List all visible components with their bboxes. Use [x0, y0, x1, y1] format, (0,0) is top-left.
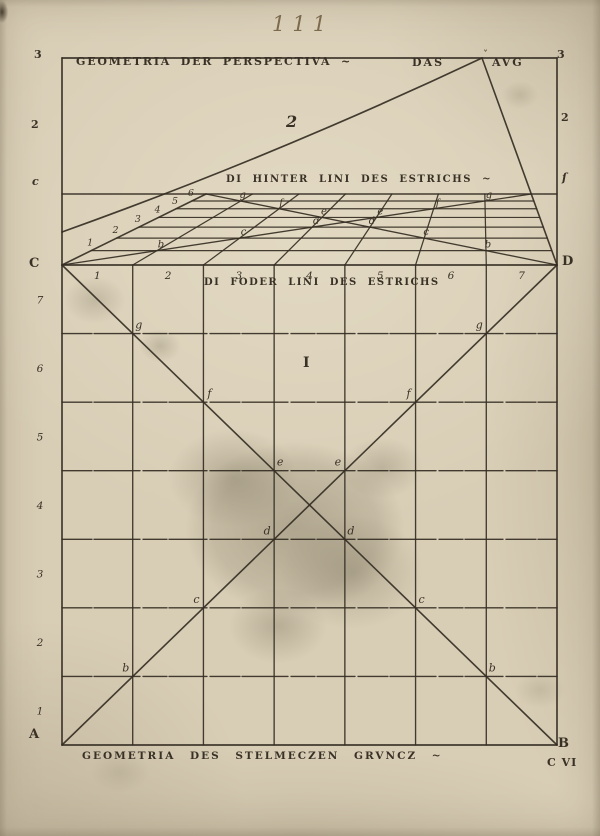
signature-mark: C VI [547, 757, 577, 768]
column-number: 6 [448, 270, 455, 282]
pavement-diagonal-letter: e [321, 206, 327, 217]
square-diagonal-letter-left: d [347, 524, 354, 537]
ground-plan-caption: GEOMETRIA DES STELMECZEN GRVNCZ ~ [82, 751, 443, 762]
row-number: 6 [37, 363, 44, 375]
column-number: 1 [94, 270, 101, 282]
pavement-diagonal-letter: c [423, 227, 429, 238]
pavement-diagonal-letter: b [158, 240, 164, 251]
right-margin-label-c: ſ [562, 172, 567, 183]
square-diagonal-letter-left: f [206, 387, 213, 400]
row-number: 5 [37, 431, 44, 443]
square-diagonal-letter-right: d [264, 524, 271, 537]
eye-label-das: DAS [412, 57, 444, 68]
square-diagonal-letter-right: c [193, 593, 199, 606]
left-margin-label-c: c [32, 176, 39, 187]
column-number: 2 [164, 270, 172, 282]
column-number: 7 [518, 270, 525, 282]
figure-2-number: 2 [286, 114, 297, 130]
eye-ornament-mark: ˇ [483, 51, 488, 61]
row-number: 1 [37, 706, 44, 718]
page-number: 111 [272, 14, 333, 35]
pavement-depth-number: 4 [153, 204, 160, 215]
left-margin-label-3: 3 [34, 49, 42, 60]
left-margin-label-2: 2 [31, 119, 39, 130]
square-diagonal-letter-right: b [122, 661, 129, 674]
pavement-orthogonal [133, 194, 253, 265]
corner-label-C: C [29, 257, 39, 270]
front-line-caption: DI FODER LINI DES ESTRICHS [204, 278, 440, 288]
pavement-depth-number: 2 [111, 225, 118, 236]
square-diagonal-letter-left: c [418, 593, 424, 606]
right-margin-label-3: 3 [557, 49, 565, 60]
row-number: 4 [36, 500, 44, 512]
perspective-diagram: b1gc2fd3ee4df5cg6b17263544536271ggffeedd… [0, 0, 600, 836]
square-diagonal-letter-right: g [476, 319, 483, 332]
pavement-diagonal-letter: g [486, 190, 492, 201]
pavement-depth-number: 6 [188, 188, 194, 199]
row-number: 3 [37, 569, 44, 581]
pavement-diagonal-letter: g [239, 190, 245, 201]
corner-label-D: D [562, 255, 573, 268]
square-diagonal-letter-left: e [277, 456, 284, 469]
pavement-diagonal-letter: f [278, 198, 285, 209]
pavement-depth-number: 3 [135, 214, 141, 225]
pavement-depth-number: 5 [172, 196, 178, 207]
row-number: 7 [37, 294, 44, 306]
pavement-diagonal-letter: e [377, 206, 383, 217]
figure-title: GEOMETRIA DER PERSPECTIVA ~ [76, 56, 352, 67]
right-edge-to-eye [482, 58, 557, 265]
back-line-caption: DI HINTER LINI DES ESTRICHS ~ [226, 175, 492, 185]
book-page: b1gc2fd3ee4df5cg6b17263544536271ggffeedd… [0, 0, 600, 836]
square-diagonal-letter-right: f [406, 387, 413, 400]
pavement-diagonal-letter: d [369, 216, 375, 227]
pavement-diagonal-letter: b [485, 240, 491, 251]
square-diagonal-letter-left: g [135, 319, 142, 332]
pavement-diagonal-letter: c [241, 227, 247, 238]
right-margin-label-2: 2 [561, 112, 569, 123]
eye-label-avg: AVG [492, 57, 524, 68]
corner-label-B: B [558, 737, 569, 750]
square-diagonal-letter-right: e [335, 456, 342, 469]
eye-diagonal-line [62, 58, 482, 232]
pavement-depth-number: 1 [87, 238, 93, 249]
figure-1-number: I [303, 356, 310, 370]
pavement-diagonal-DBL [206, 194, 557, 265]
corner-label-A: A [29, 728, 39, 741]
row-number: 2 [36, 637, 44, 649]
pavement-orthogonal [485, 194, 486, 265]
square-diagonal-letter-left: b [489, 661, 496, 674]
